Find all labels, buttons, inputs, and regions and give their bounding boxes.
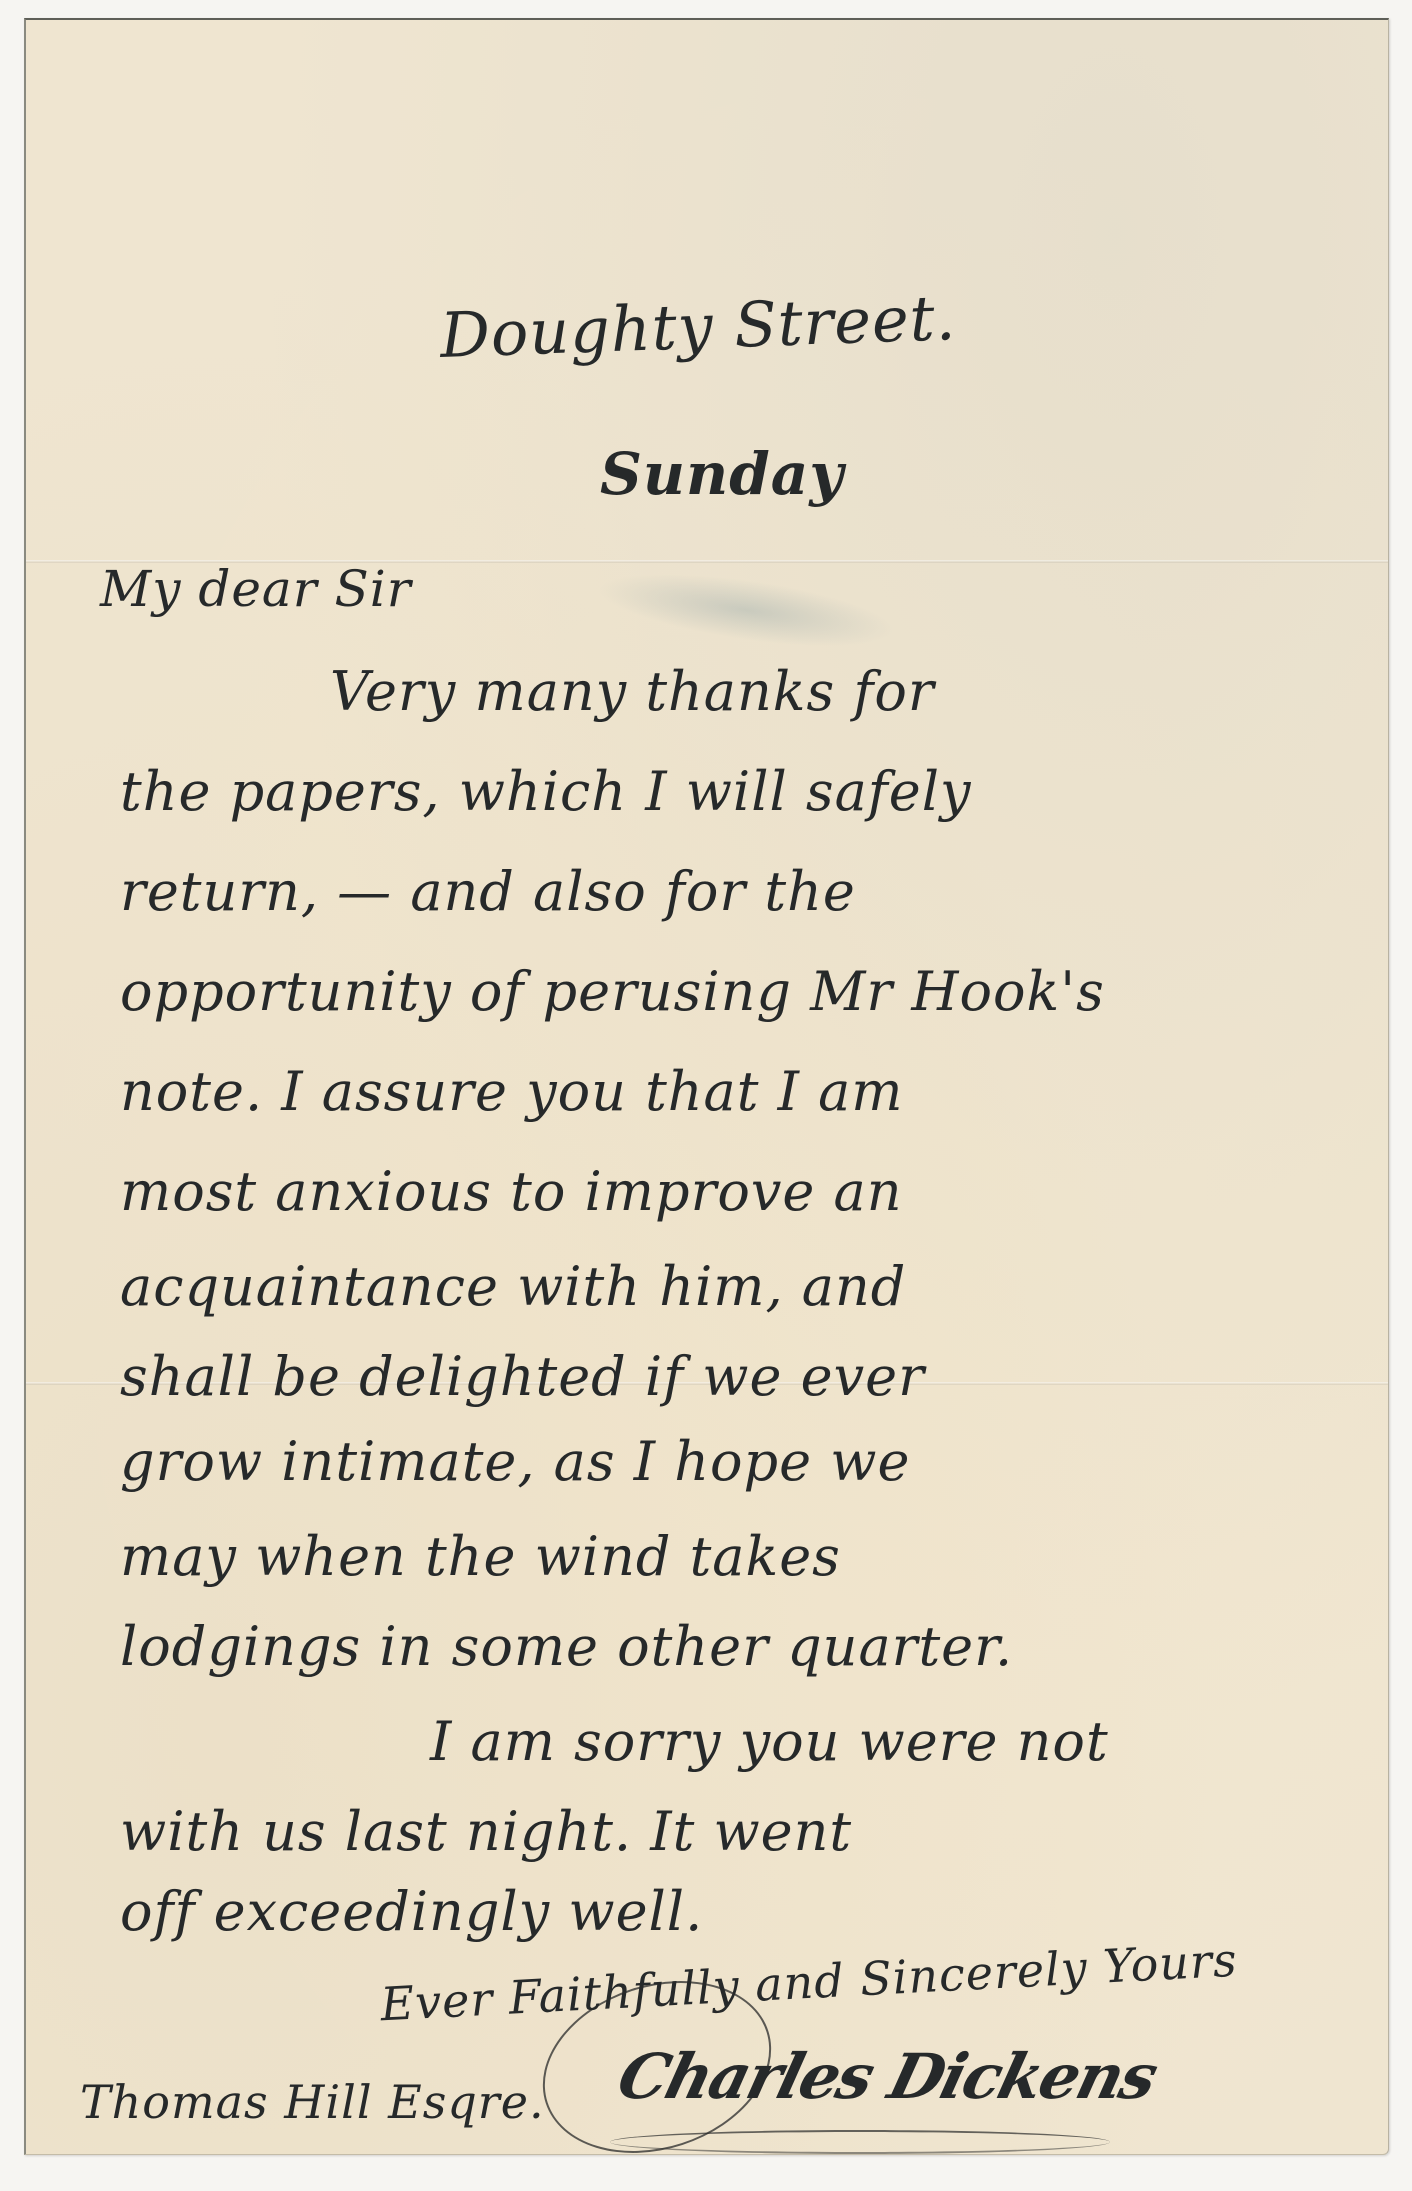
body-line: opportunity of perusing Mr Hook's [120, 960, 1105, 1023]
body-line: off exceedingly well. [120, 1880, 703, 1943]
body-line: Very many thanks for [330, 660, 935, 723]
body-line: acquaintance with him, and [120, 1255, 906, 1318]
signature-underline [610, 2130, 1110, 2154]
body-line: most anxious to improve an [120, 1160, 903, 1223]
body-line: note. I assure you that I am [120, 1060, 904, 1123]
addressee: Thomas Hill Esqre. [80, 2075, 545, 2129]
signature: Charles Dickens [611, 2040, 1163, 2113]
body-line: grow intimate, as I hope we [120, 1430, 910, 1493]
body-line: with us last night. It went [120, 1800, 852, 1863]
body-line: return, — and also for the [120, 860, 856, 923]
ink-smudge [593, 559, 898, 660]
body-line: the papers, which I will safely [120, 760, 972, 823]
letter-day: Sunday [600, 440, 844, 508]
salutation: My dear Sir [100, 560, 412, 618]
body-line: may when the wind takes [120, 1525, 841, 1588]
body-line: shall be delighted if we ever [120, 1345, 925, 1408]
body-line: I am sorry you were not [430, 1710, 1109, 1773]
body-line: lodgings in some other quarter. [120, 1615, 1013, 1678]
